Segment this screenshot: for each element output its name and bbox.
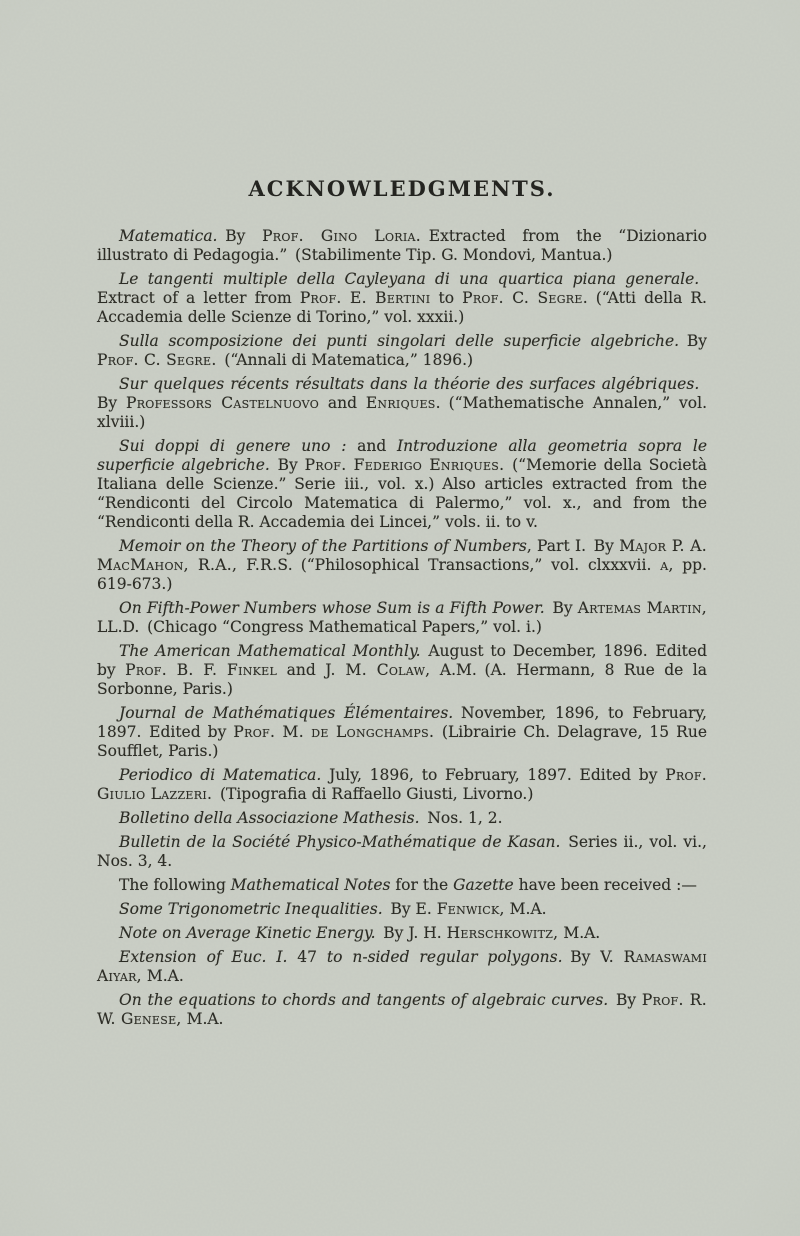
text-run: By: [679, 332, 707, 350]
entry-kinetic-energy: Note on Average Kinetic Energy. By J. H.…: [97, 924, 707, 943]
entry-journal-elementaires: Journal de Mathématiques Élémentaires. N…: [97, 704, 707, 761]
text-run-italic: to n-sided regular polygons.: [327, 948, 563, 966]
text-run-italic: Sulla scomposizione dei punti singolari …: [119, 332, 679, 350]
text-run-smallcaps: Herschkowitz,: [447, 924, 559, 942]
text-run: By J. H.: [376, 924, 447, 942]
text-run: (“Annali di Matematica,” 1896.): [217, 351, 474, 369]
entry-matematica: Matematica. By Prof. Gino Loria. Extract…: [97, 227, 707, 265]
text-run-smallcaps: Enriques.: [366, 394, 441, 412]
entry-sui-doppi: Sui doppi di genere uno : and Introduzio…: [97, 437, 707, 532]
text-run-smallcaps: Prof. E. Bertini: [300, 289, 431, 307]
text-run: and: [277, 661, 325, 679]
scanned-book-page: ACKNOWLEDGMENTS. Matematica. By Prof. Gi…: [0, 0, 800, 1236]
entry-bulletin-kasan: Bulletin de la Société Physico-Mathémati…: [97, 833, 707, 871]
text-run: M.A.: [558, 924, 600, 942]
text-run-italic: Sui doppi di genere uno :: [119, 437, 346, 455]
text-run: The following: [119, 876, 231, 894]
paragraph-list: Matematica. By Prof. Gino Loria. Extract…: [97, 227, 707, 1029]
text-run-italic: Sur quelques récents résultats dans la t…: [119, 375, 699, 393]
note-received: The following Mathematical Notes for the…: [97, 876, 707, 895]
text-run-italic: Periodico di Matematica.: [119, 766, 321, 784]
text-run-italic: Gazette: [453, 876, 514, 894]
text-run: and: [346, 437, 397, 455]
text-run-italic: Le tangenti multiple della Cayleyana di …: [119, 270, 699, 288]
text-run: LL.D. (Chicago “Congress Mathematical Pa…: [97, 618, 542, 636]
entry-fifth-power: On Fifth-Power Numbers whose Sum is a Fi…: [97, 599, 707, 637]
text-run: have been received :—: [514, 876, 697, 894]
text-run-smallcaps: Professors Castelnuovo: [126, 394, 319, 412]
text-run-italic: Journal de Mathématiques Élémentaires.: [119, 704, 453, 722]
text-run: July, 1896, to February, 1897. Edited by: [321, 766, 665, 784]
text-run-italic: The American Mathematical Monthly.: [119, 642, 421, 660]
entry-trigonometric: Some Trigonometric Inequalities. By E. F…: [97, 900, 707, 919]
page-title: ACKNOWLEDGMENTS.: [97, 176, 707, 201]
text-run-italic: On the equations to chords and tangents …: [119, 991, 608, 1009]
text-run: By: [270, 456, 305, 474]
text-run: M.A.: [182, 1010, 224, 1028]
entry-chords-tangents: On the equations to chords and tangents …: [97, 991, 707, 1029]
text-run-smallcaps: Prof. C. Segre.: [97, 351, 217, 369]
entry-extension-euc: Extension of Euc. I. 47 to n-sided regul…: [97, 948, 707, 986]
entry-sur-quelques: Sur quelques récents résultats dans la t…: [97, 375, 707, 432]
text-run: M.A.: [142, 967, 184, 985]
text-run-smallcaps: J. M. Colaw,: [325, 661, 430, 679]
text-run: (Tipografia di Raffaello Giusti, Livorno…: [212, 785, 533, 803]
text-run-italic: Memoir on the Theory of the Partitions o…: [119, 537, 527, 555]
text-run-italic: Note on Average Kinetic Energy.: [119, 924, 376, 942]
text-run: By: [218, 227, 263, 245]
text-run: By V.: [563, 948, 624, 966]
entry-le-tangenti: Le tangenti multiple della Cayleyana di …: [97, 270, 707, 327]
text-run: By: [545, 599, 578, 617]
text-run: for the: [390, 876, 453, 894]
text-run: M.A.: [505, 900, 547, 918]
text-run-smallcaps: Prof. C. Segre.: [462, 289, 588, 307]
text-run-italic: Matematica.: [119, 227, 218, 245]
text-run-smallcaps: Fenwick,: [437, 900, 505, 918]
entry-bolletino: Bolletino della Associazione Mathesis. N…: [97, 809, 707, 828]
text-run: By E.: [383, 900, 437, 918]
text-run-smallcaps: Prof. Gino Loria.: [262, 227, 421, 245]
text-run-italic: Bulletin de la Société Physico-Mathémati…: [119, 833, 560, 851]
entry-periodico: Periodico di Matematica. July, 1896, to …: [97, 766, 707, 804]
text-run-smallcaps: Prof. M. de Longchamps.: [233, 723, 434, 741]
text-run-smallcaps: Prof. Federigo Enriques.: [305, 456, 505, 474]
text-run-smallcaps: Prof. B. F. Finkel: [125, 661, 277, 679]
text-run: (“Philosophical Transactions,” vol. clxx…: [293, 556, 660, 574]
text-run-italic: Extension of Euc. I.: [119, 948, 287, 966]
text-run: and: [319, 394, 366, 412]
text-run: 47: [287, 948, 327, 966]
text-run-smallcaps: Artemas Martin,: [578, 599, 707, 617]
entry-memoir-partitions: Memoir on the Theory of the Partitions o…: [97, 537, 707, 594]
text-run-italic: On Fifth-Power Numbers whose Sum is a Fi…: [119, 599, 545, 617]
text-run: , Part I. By: [527, 537, 619, 555]
text-run: Nos. 1, 2.: [420, 809, 503, 827]
text-run-italic: Some Trigonometric Inequalities.: [119, 900, 383, 918]
text-run-italic: Mathematical Notes: [231, 876, 391, 894]
page-content: ACKNOWLEDGMENTS. Matematica. By Prof. Gi…: [97, 176, 707, 1034]
entry-sulla-scomposizione: Sulla scomposizione dei punti singolari …: [97, 332, 707, 370]
text-run: to: [430, 289, 462, 307]
text-run: By: [608, 991, 642, 1009]
entry-american-monthly: The American Mathematical Monthly. Augus…: [97, 642, 707, 699]
text-run-italic: Bolletino della Associazione Mathesis.: [119, 809, 420, 827]
